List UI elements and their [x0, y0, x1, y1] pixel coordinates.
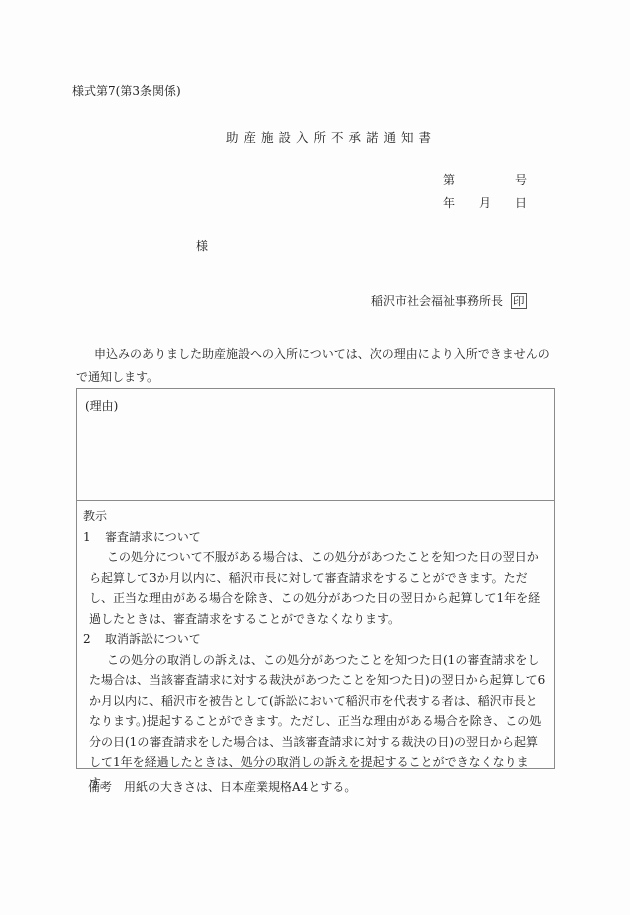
instruction-item-title: 1審査請求について: [83, 527, 549, 548]
instruction-heading: 教示: [83, 506, 549, 527]
instruction-section: 教示 1審査請求について この処分について不服がある場合は、この処分があつたこと…: [83, 506, 549, 793]
date-day: 日: [515, 194, 527, 211]
remark-text: 用紙の大きさは、日本産業規格A4とする。: [124, 780, 356, 794]
divider: [77, 500, 554, 501]
form-id: 様式第7(第3条関係): [72, 82, 181, 99]
instruction-item-body: この処分について不服がある場合は、この処分があつたことを知つた日の翌日から起算し…: [83, 547, 549, 629]
document-number: 第 号: [443, 171, 527, 188]
reason-label: (理由): [85, 397, 118, 414]
sender: 稲沢市社会福祉事務所長印: [371, 292, 527, 309]
reason-and-instruction-box: (理由) 教示 1審査請求について この処分について不服がある場合は、この処分が…: [76, 388, 555, 769]
document-title: 助産施設入所不承諾通知書: [226, 128, 436, 146]
remark-label: 備考: [88, 780, 112, 794]
remark: 備考用紙の大きさは、日本産業規格A4とする。: [88, 778, 356, 795]
doc-number-prefix: 第: [443, 171, 455, 188]
instruction-item-body: この処分の取消しの訴えは、この処分があつたことを知つた日(1の審査請求をした場合…: [83, 650, 549, 794]
seal-mark: 印: [511, 293, 527, 309]
date-year: 年: [443, 194, 455, 211]
intro-text: 申込みのありました助産施設への入所については、次の理由により入所できませんので通…: [76, 343, 558, 389]
doc-number-suffix: 号: [515, 171, 527, 188]
instruction-item-title: 2取消訴訟について: [83, 629, 549, 650]
date-month: 月: [479, 194, 491, 211]
addressee: 様: [196, 237, 208, 254]
sender-name: 稲沢市社会福祉事務所長: [371, 294, 503, 308]
document-date: 年 月 日: [443, 194, 527, 211]
